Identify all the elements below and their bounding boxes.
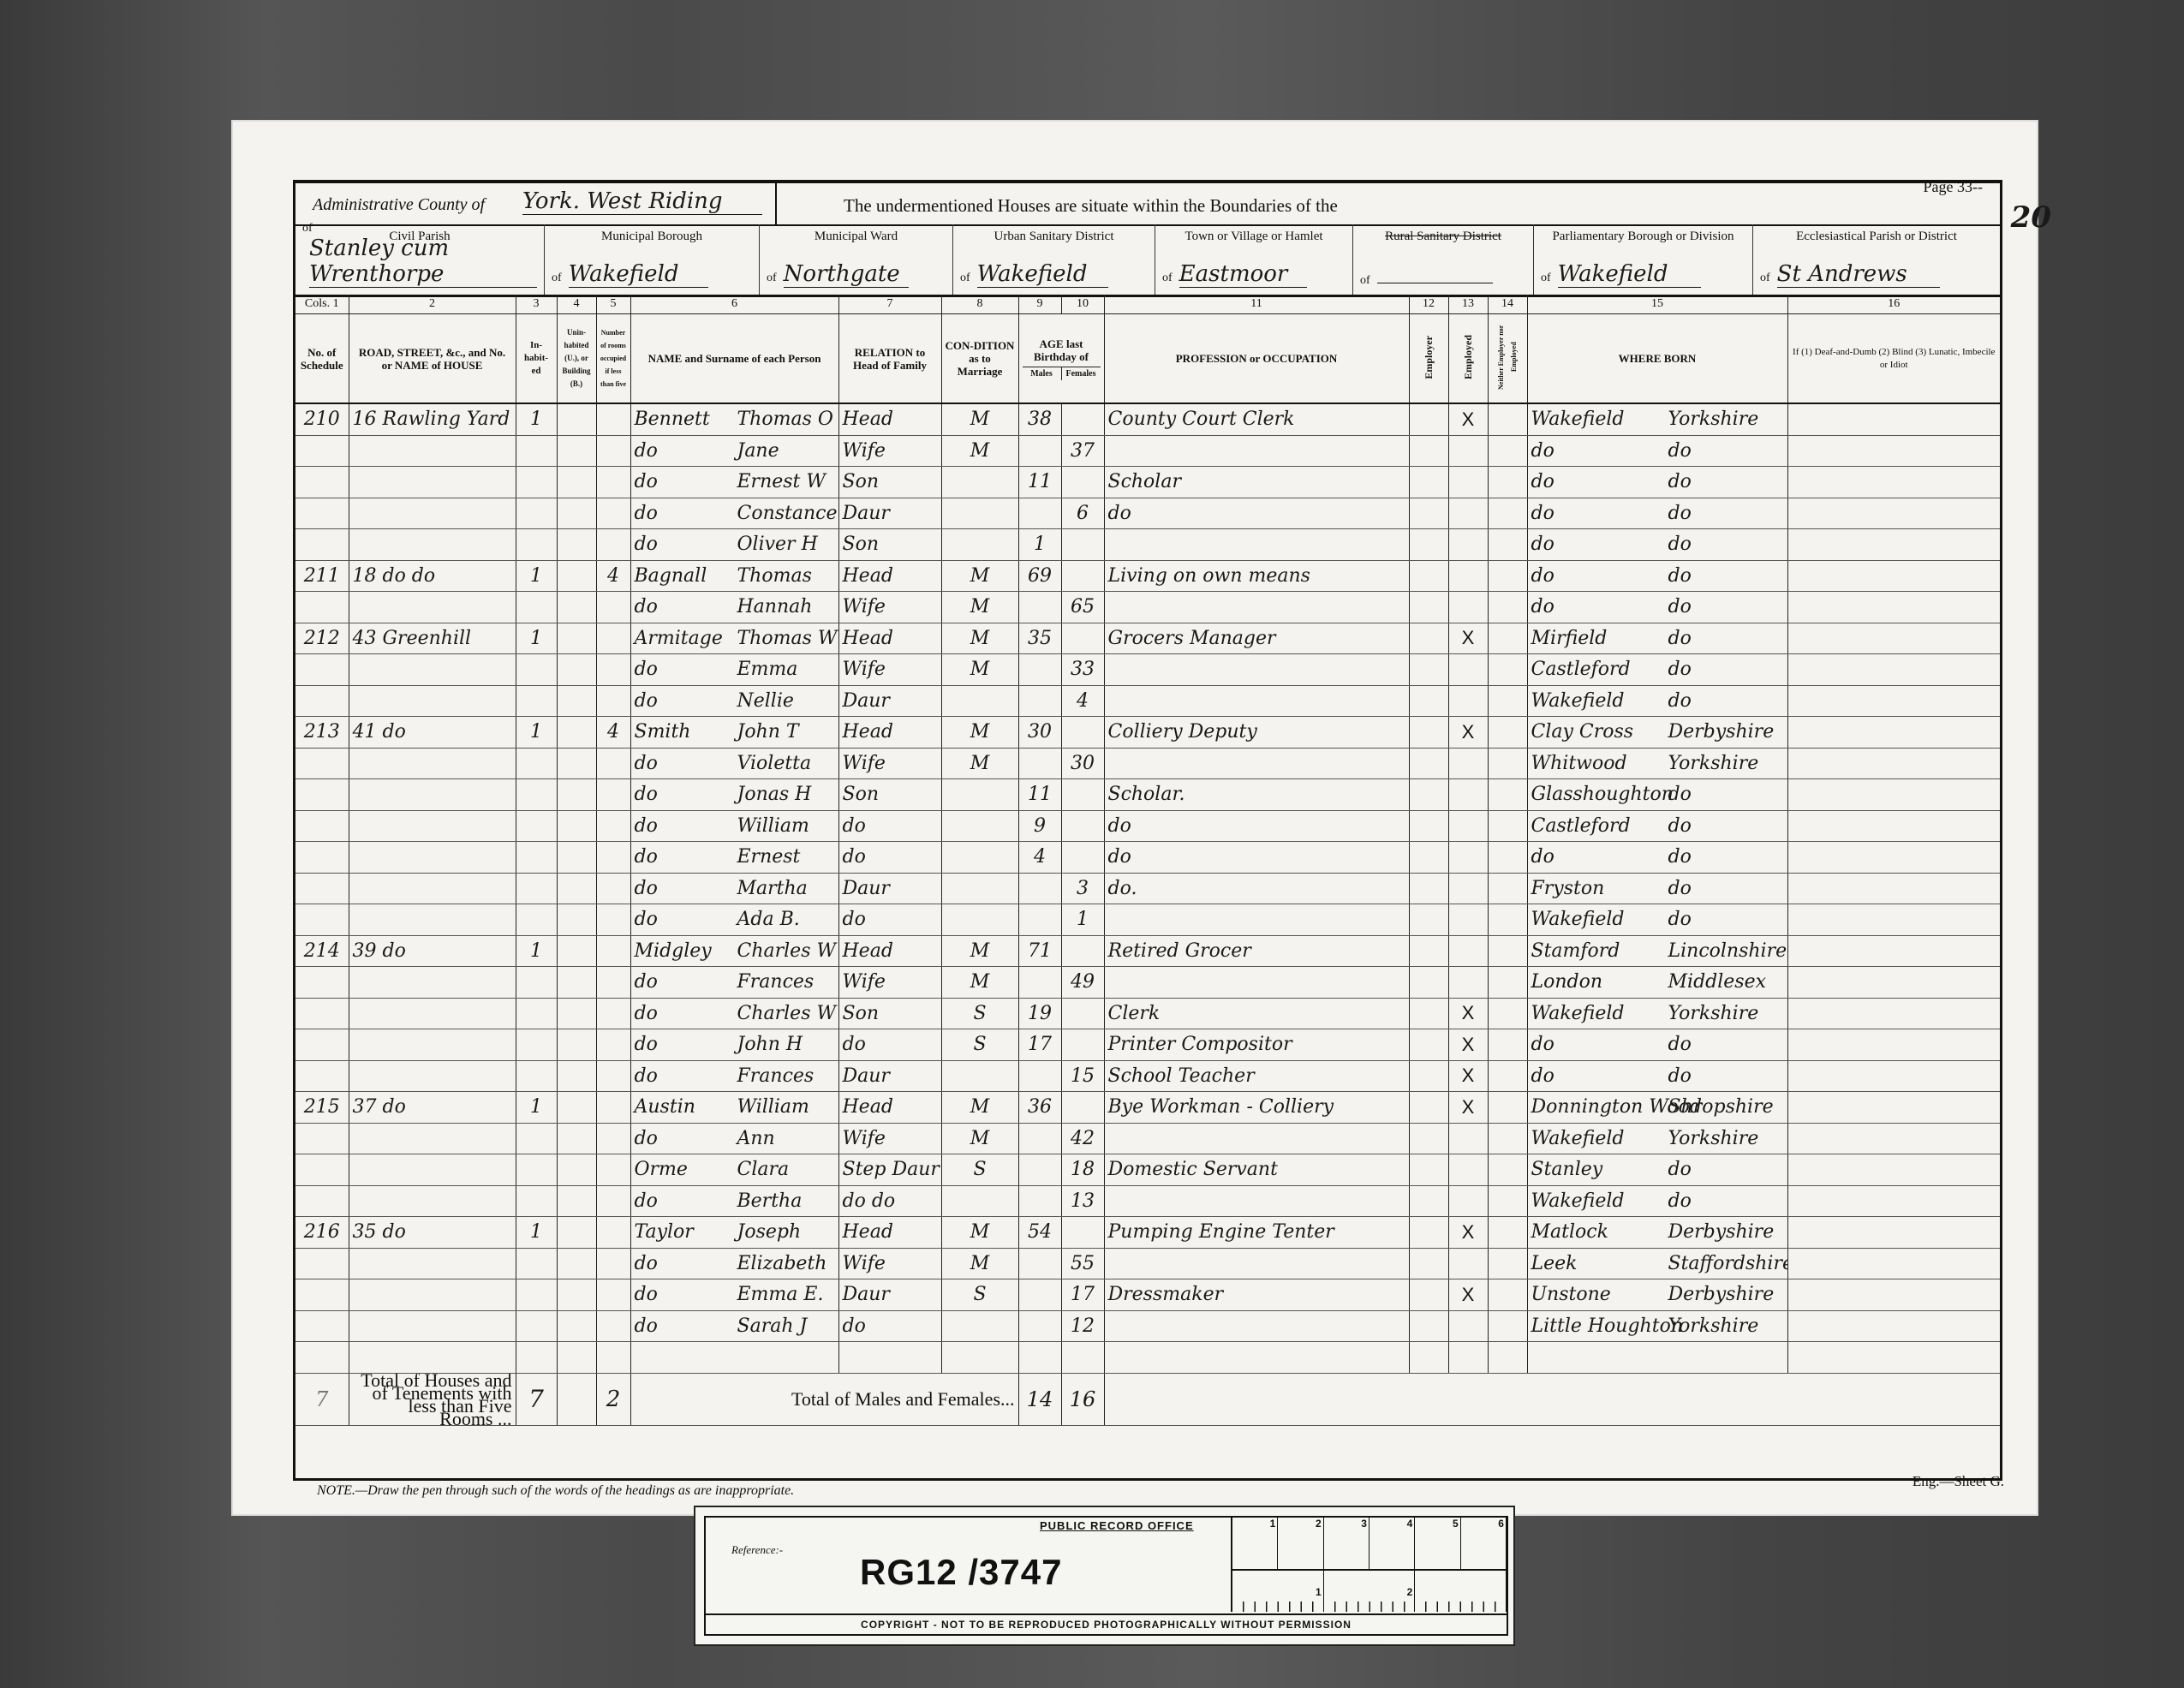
born-cell: Wakefielddo xyxy=(1527,1185,1787,1217)
schedule-cell xyxy=(295,779,349,811)
born-county: Shropshire xyxy=(1668,1096,1774,1118)
occupation-cell: do xyxy=(1104,810,1409,842)
rooms-cell xyxy=(596,529,630,561)
born-place: do xyxy=(1531,596,1668,617)
cm-tick: 4 xyxy=(1369,1518,1415,1569)
born-place: Wakefield xyxy=(1531,690,1668,712)
rooms-cell xyxy=(596,1092,630,1124)
relation-cell: Step Daur xyxy=(838,1154,941,1186)
heading-road: ROAD, STREET, &c., and No. or NAME of HO… xyxy=(349,314,516,404)
employed-cell xyxy=(1448,904,1488,936)
heading-females: Females xyxy=(1062,367,1101,380)
inhabited-cell xyxy=(516,967,557,999)
born-cell: Mirfielddo xyxy=(1527,623,1787,654)
of-label: of xyxy=(552,271,562,284)
forename: Oliver H xyxy=(737,534,818,555)
address-cell: 18 do do xyxy=(349,560,516,592)
neither-cell xyxy=(1488,1060,1527,1092)
uninhabited-cell xyxy=(557,435,596,467)
forename: Frances xyxy=(737,971,815,993)
condition-cell: M xyxy=(941,560,1018,592)
employed-cell xyxy=(1448,654,1488,686)
inhabited-cell xyxy=(516,529,557,561)
occupation-cell xyxy=(1104,529,1409,561)
condition-cell: M xyxy=(941,1123,1018,1154)
neither-cell xyxy=(1488,842,1527,874)
occupation-cell: Scholar. xyxy=(1104,779,1409,811)
page-number: Page 33-- xyxy=(1924,178,1983,196)
born-county: Derbyshire xyxy=(1668,721,1775,743)
heading-uninhabited: Unin-habited (U.), or Building (B.) xyxy=(557,314,596,404)
uninhabited-cell xyxy=(557,998,596,1029)
schedule-cell xyxy=(295,1060,349,1092)
name-cell: OrmeClara xyxy=(630,1154,838,1186)
heading-name: NAME and Surname of each Person xyxy=(630,314,838,404)
employer-cell xyxy=(1409,529,1448,561)
schedule-cell xyxy=(295,654,349,686)
born-place: Wakefield xyxy=(1531,409,1668,430)
schedule-cell xyxy=(295,842,349,874)
area-label: Municipal Borough xyxy=(545,224,759,243)
female-age-cell: 65 xyxy=(1061,592,1104,623)
occupation-cell xyxy=(1104,1248,1409,1279)
area-value-line: of xyxy=(1360,274,1526,288)
table-row: doEmma E.DaurS17DressmakerXUnstoneDerbys… xyxy=(295,1279,2000,1311)
employer-cell xyxy=(1409,1123,1448,1154)
column-number: 12 xyxy=(1409,295,1448,314)
born-place: do xyxy=(1531,503,1668,524)
employer-cell xyxy=(1409,592,1448,623)
area-5: Rural Sanitary Districtof xyxy=(1353,224,1534,295)
infirmity-cell xyxy=(1787,1123,2000,1154)
inhabited-cell xyxy=(516,1342,557,1374)
born-county: do xyxy=(1668,503,1692,524)
table-row: OrmeClaraStep DaurS18Domestic ServantSta… xyxy=(295,1154,2000,1186)
occupation-cell: Bye Workman - Colliery xyxy=(1104,1092,1409,1124)
of-label: of xyxy=(1760,271,1770,284)
uninhabited-cell xyxy=(557,779,596,811)
table-row: doElizabethWifeM55LeekStaffordshire xyxy=(295,1248,2000,1279)
of-label: of xyxy=(1162,271,1173,284)
area-value: Wakefield xyxy=(1558,261,1701,288)
heading-neither-label: Neither Employer nor Employed xyxy=(1495,314,1520,400)
relation-cell: Daur xyxy=(838,1279,941,1311)
rooms-cell xyxy=(596,810,630,842)
column-headings-row: No. of Schedule ROAD, STREET, &c., and N… xyxy=(295,314,2000,404)
born-place: Matlock xyxy=(1531,1221,1668,1243)
address-cell: 37 do xyxy=(349,1092,516,1124)
inhabited-cell xyxy=(516,1123,557,1154)
total-males: 14 xyxy=(1018,1373,1061,1425)
column-number: 7 xyxy=(838,295,941,314)
inch-scale: 12 xyxy=(1232,1571,1507,1612)
inhabited-cell xyxy=(516,810,557,842)
forename: Ann xyxy=(737,1128,775,1149)
rooms-cell xyxy=(596,654,630,686)
rooms-cell xyxy=(596,779,630,811)
born-county: Derbyshire xyxy=(1668,1284,1775,1305)
condition-cell: M xyxy=(941,1092,1018,1124)
forename: Thomas W xyxy=(737,628,838,649)
relation-cell: Head xyxy=(838,623,941,654)
total-mf-label: Total of Males and Females... xyxy=(630,1373,1018,1425)
rooms-cell: 4 xyxy=(596,717,630,749)
forename: Thomas O xyxy=(737,409,833,430)
inhabited-cell xyxy=(516,654,557,686)
occupation-cell xyxy=(1104,1342,1409,1374)
female-age-cell xyxy=(1061,1092,1104,1124)
born-cell xyxy=(1527,1342,1787,1374)
born-county: do xyxy=(1668,690,1692,712)
table-row: 21016 Rawling Yard1BennettThomas OHeadM3… xyxy=(295,403,2000,435)
male-age-cell xyxy=(1018,748,1061,779)
employer-cell xyxy=(1409,467,1448,498)
rooms-cell xyxy=(596,1029,630,1061)
name-cell: doCharles W xyxy=(630,998,838,1029)
heading-age-label: AGE last Birthday of xyxy=(1023,337,1101,363)
born-cell: Castleforddo xyxy=(1527,654,1787,686)
employer-cell xyxy=(1409,1185,1448,1217)
infirmity-cell xyxy=(1787,435,2000,467)
surname: do xyxy=(635,1034,737,1055)
employed-cell: X xyxy=(1448,1029,1488,1061)
occupation-cell xyxy=(1104,1123,1409,1154)
name-cell: MidgleyCharles W xyxy=(630,935,838,967)
male-age-cell xyxy=(1018,1060,1061,1092)
uninhabited-cell xyxy=(557,1060,596,1092)
infirmity-cell xyxy=(1787,592,2000,623)
schedule-cell xyxy=(295,998,349,1029)
inhabited-cell xyxy=(516,873,557,904)
forename: Constance E xyxy=(737,503,839,524)
employed-cell xyxy=(1448,967,1488,999)
totals-row: 7 Total of Houses and of Tenements with … xyxy=(295,1373,2000,1425)
condition-cell: M xyxy=(941,967,1018,999)
address-cell xyxy=(349,748,516,779)
born-county: do xyxy=(1668,628,1692,649)
of-label: of xyxy=(1541,271,1551,284)
schedule-cell xyxy=(295,748,349,779)
schedule-cell xyxy=(295,435,349,467)
surname: do xyxy=(635,878,737,899)
condition-cell: M xyxy=(941,717,1018,749)
born-cell: dodo xyxy=(1527,498,1787,529)
area-value-line: ofEastmoor xyxy=(1162,261,1346,288)
table-row: doSarah Jdo12Little HoughtonYorkshire xyxy=(295,1310,2000,1342)
name-cell: doErnest xyxy=(630,842,838,874)
name-cell: BennettThomas O xyxy=(630,403,838,435)
occupation-cell xyxy=(1104,1310,1409,1342)
employed-cell xyxy=(1448,1185,1488,1217)
male-age-cell xyxy=(1018,1342,1061,1374)
male-age-cell xyxy=(1018,904,1061,936)
male-age-cell xyxy=(1018,498,1061,529)
inch-tick: 1 xyxy=(1232,1571,1324,1612)
area-0: Civil ParishofStanley cum Wrenthorpe xyxy=(295,224,545,295)
area-value: St Andrews xyxy=(1777,261,1940,288)
address-cell xyxy=(349,810,516,842)
area-4: Town or Village or HamletofEastmoor xyxy=(1155,224,1353,295)
surname: do xyxy=(635,1065,737,1087)
female-age-cell xyxy=(1061,467,1104,498)
uninhabited-cell xyxy=(557,1029,596,1061)
uninhabited-cell xyxy=(557,1092,596,1124)
area-value-line: ofWakefield xyxy=(552,261,752,288)
relation-cell: Head xyxy=(838,560,941,592)
born-cell: Castleforddo xyxy=(1527,810,1787,842)
inhabited-cell xyxy=(516,998,557,1029)
relation-cell: Head xyxy=(838,717,941,749)
employer-cell xyxy=(1409,1310,1448,1342)
relation-cell: Wife xyxy=(838,592,941,623)
employer-cell xyxy=(1409,623,1448,654)
born-county: Lincolnshire xyxy=(1668,940,1787,962)
table-row: doBerthado do13Wakefielddo xyxy=(295,1185,2000,1217)
born-county: do xyxy=(1668,846,1692,868)
table-row: doErnestdo4dododo xyxy=(295,842,2000,874)
area-label: Rural Sanitary District xyxy=(1353,224,1533,243)
female-age-cell xyxy=(1061,935,1104,967)
employed-cell xyxy=(1448,435,1488,467)
female-age-cell: 55 xyxy=(1061,1248,1104,1279)
born-county: do xyxy=(1668,471,1692,492)
male-age-cell xyxy=(1018,435,1061,467)
employer-cell xyxy=(1409,1154,1448,1186)
schedule-cell xyxy=(295,1185,349,1217)
surname: do xyxy=(635,753,737,774)
employer-cell xyxy=(1409,1342,1448,1374)
relation-cell: do xyxy=(838,810,941,842)
inhabited-cell xyxy=(516,779,557,811)
employed-cell: X xyxy=(1448,1279,1488,1311)
employed-cell xyxy=(1448,842,1488,874)
condition-cell xyxy=(941,779,1018,811)
female-age-cell xyxy=(1061,1029,1104,1061)
name-cell: doSarah J xyxy=(630,1310,838,1342)
uninhabited-cell xyxy=(557,685,596,717)
surname: Armitage xyxy=(635,628,737,649)
born-county: Yorkshire xyxy=(1668,1003,1759,1024)
inhabited-cell: 1 xyxy=(516,935,557,967)
surname: do xyxy=(635,659,737,680)
of-label: of xyxy=(1360,274,1370,287)
heading-inhabited: In-habit-ed xyxy=(516,314,557,404)
census-table: Cols. 12345678910111213141516 No. of Sch… xyxy=(295,295,2000,1426)
male-age-cell: 11 xyxy=(1018,467,1061,498)
area-value: Eastmoor xyxy=(1179,261,1308,288)
inhabited-cell: 1 xyxy=(516,560,557,592)
relation-cell: Daur xyxy=(838,498,941,529)
name-cell: doWilliam xyxy=(630,810,838,842)
employed-cell xyxy=(1448,467,1488,498)
condition-cell: M xyxy=(941,1217,1018,1249)
area-value-line: ofNorthgate xyxy=(767,261,946,288)
schedule-cell: 210 xyxy=(295,403,349,435)
name-cell: doJane xyxy=(630,435,838,467)
relation-cell: Daur xyxy=(838,685,941,717)
employer-cell xyxy=(1409,1029,1448,1061)
name-cell: AustinWilliam xyxy=(630,1092,838,1124)
born-place: Castleford xyxy=(1531,815,1668,837)
schedule-cell xyxy=(295,529,349,561)
name-cell: doEmma E. xyxy=(630,1279,838,1311)
census-rows: 21016 Rawling Yard1BennettThomas OHeadM3… xyxy=(295,403,2000,1373)
forename: John T xyxy=(737,721,799,743)
condition-cell xyxy=(941,873,1018,904)
employed-cell: X xyxy=(1448,1060,1488,1092)
name-cell: doAda B. xyxy=(630,904,838,936)
table-row: doConstance EDaur6dododo xyxy=(295,498,2000,529)
female-age-cell: 13 xyxy=(1061,1185,1104,1217)
inhabited-cell xyxy=(516,748,557,779)
female-age-cell xyxy=(1061,842,1104,874)
surname: Bennett xyxy=(635,409,737,430)
name-cell: doNellie xyxy=(630,685,838,717)
table-row: doErnest WSon11Scholardodo xyxy=(295,467,2000,498)
inch-tick: 2 xyxy=(1324,1571,1416,1612)
heading-employed-label: Employed xyxy=(1462,335,1475,379)
female-age-cell xyxy=(1061,1217,1104,1249)
born-place: Leek xyxy=(1531,1253,1668,1274)
name-cell: doMartha xyxy=(630,873,838,904)
inhabited-cell xyxy=(516,685,557,717)
total-houses-label: Total of Houses and of Tenements with le… xyxy=(349,1373,516,1425)
occupation-cell xyxy=(1104,967,1409,999)
occupation-cell xyxy=(1104,435,1409,467)
schedule-cell xyxy=(295,904,349,936)
inhabited-cell: 1 xyxy=(516,717,557,749)
female-age-cell: 37 xyxy=(1061,435,1104,467)
condition-cell xyxy=(941,1060,1018,1092)
born-place: Castleford xyxy=(1531,659,1668,680)
born-cell: WakefieldYorkshire xyxy=(1527,403,1787,435)
uninhabited-cell xyxy=(557,810,596,842)
address-cell: 41 do xyxy=(349,717,516,749)
born-place: Unstone xyxy=(1531,1284,1668,1305)
inhabited-cell: 1 xyxy=(516,403,557,435)
born-place: Whitwood xyxy=(1531,753,1668,774)
male-age-cell: 17 xyxy=(1018,1029,1061,1061)
surname: do xyxy=(635,471,737,492)
occupation-cell: Pumping Engine Tenter xyxy=(1104,1217,1409,1249)
born-county: Yorkshire xyxy=(1668,753,1759,774)
forename: Hannah xyxy=(737,596,813,617)
surname: do xyxy=(635,1190,737,1212)
table-row: doJaneWifeM37dodo xyxy=(295,435,2000,467)
admin-county-box: Administrative County of York. West Ridi… xyxy=(295,183,777,224)
employed-cell: X xyxy=(1448,623,1488,654)
born-county: Yorkshire xyxy=(1668,409,1759,430)
rooms-cell xyxy=(596,1279,630,1311)
of-label: of xyxy=(767,271,777,284)
address-cell: 39 do xyxy=(349,935,516,967)
female-age-cell xyxy=(1061,623,1104,654)
neither-cell xyxy=(1488,435,1527,467)
employer-cell xyxy=(1409,779,1448,811)
area-2: Municipal WardofNorthgate xyxy=(760,224,953,295)
schedule-cell: 212 xyxy=(295,623,349,654)
occupation-cell xyxy=(1104,592,1409,623)
uninhabited-cell xyxy=(557,748,596,779)
heading-rooms: Number of rooms occupied if less than fi… xyxy=(596,314,630,404)
area-value-line: ofSt Andrews xyxy=(1760,261,1993,288)
employer-cell xyxy=(1409,435,1448,467)
born-county: do xyxy=(1668,1190,1692,1212)
female-age-cell: 6 xyxy=(1061,498,1104,529)
neither-cell xyxy=(1488,779,1527,811)
born-county: do xyxy=(1668,784,1692,805)
area-label: Parliamentary Borough or Division xyxy=(1534,224,1752,243)
of-label: of xyxy=(960,271,970,284)
male-age-cell: 38 xyxy=(1018,403,1061,435)
table-row: doAda B.do1Wakefielddo xyxy=(295,904,2000,936)
infirmity-cell xyxy=(1787,1248,2000,1279)
cm-tick: 5 xyxy=(1415,1518,1460,1569)
uninhabited-cell xyxy=(557,904,596,936)
table-row: doAnnWifeM42WakefieldYorkshire xyxy=(295,1123,2000,1154)
born-place: Stanley xyxy=(1531,1159,1668,1180)
name-cell: doErnest W xyxy=(630,467,838,498)
schedule-cell xyxy=(295,1123,349,1154)
relation-cell: Son xyxy=(838,998,941,1029)
neither-cell xyxy=(1488,654,1527,686)
relation-cell: Head xyxy=(838,403,941,435)
male-age-cell: 9 xyxy=(1018,810,1061,842)
born-county: Yorkshire xyxy=(1668,1128,1759,1149)
uninhabited-cell xyxy=(557,1217,596,1249)
infirmity-cell xyxy=(1787,748,2000,779)
forename: Charles W xyxy=(737,1003,837,1024)
born-place: do xyxy=(1531,440,1668,462)
rooms-cell: 4 xyxy=(596,560,630,592)
table-row: doFrancesWifeM49LondonMiddlesex xyxy=(295,967,2000,999)
infirmity-cell xyxy=(1787,779,2000,811)
neither-cell xyxy=(1488,498,1527,529)
born-place: do xyxy=(1531,565,1668,587)
male-age-cell: 11 xyxy=(1018,779,1061,811)
employed-cell xyxy=(1448,529,1488,561)
born-county: do xyxy=(1668,440,1692,462)
surname: Midgley xyxy=(635,940,737,962)
table-row: doMarthaDaur3do.Frystondo xyxy=(295,873,2000,904)
address-cell xyxy=(349,435,516,467)
condition-cell xyxy=(941,842,1018,874)
name-cell: doOliver H xyxy=(630,529,838,561)
occupation-cell: Clerk xyxy=(1104,998,1409,1029)
relation-cell: Wife xyxy=(838,435,941,467)
name-cell: ArmitageThomas W xyxy=(630,623,838,654)
neither-cell xyxy=(1488,1154,1527,1186)
occupation-cell: Domestic Servant xyxy=(1104,1154,1409,1186)
heading-age: AGE last Birthday of Males Females xyxy=(1018,314,1104,404)
born-county: do xyxy=(1668,659,1692,680)
name-cell: doBertha xyxy=(630,1185,838,1217)
uninhabited-cell xyxy=(557,842,596,874)
employed-cell xyxy=(1448,1248,1488,1279)
female-age-cell: 49 xyxy=(1061,967,1104,999)
surname: do xyxy=(635,690,737,712)
uninhabited-cell xyxy=(557,1154,596,1186)
condition-cell: M xyxy=(941,748,1018,779)
forename: Emma xyxy=(737,659,798,680)
condition-cell: S xyxy=(941,1279,1018,1311)
address-cell xyxy=(349,685,516,717)
area-value-line: ofWakefield xyxy=(1541,261,1745,288)
occupation-cell xyxy=(1104,904,1409,936)
totals-blank xyxy=(1104,1373,2000,1425)
cm-tick: 2 xyxy=(1278,1518,1323,1569)
table-row: 21439 do1MidgleyCharles WHeadM71Retired … xyxy=(295,935,2000,967)
